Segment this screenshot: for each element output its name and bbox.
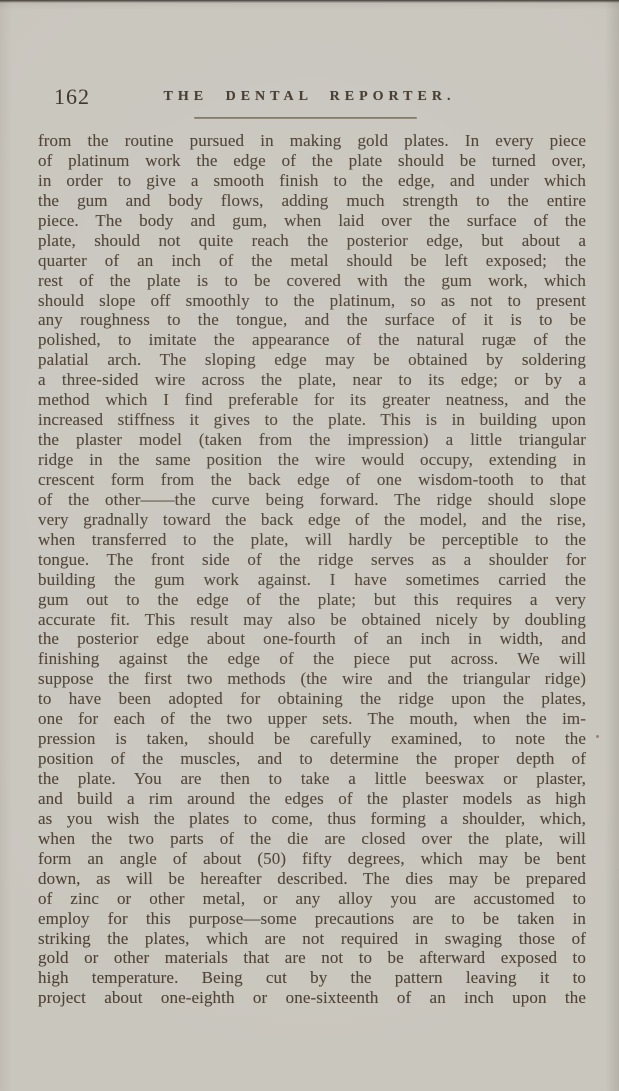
text-line: increased stiffness it gives to the plat… xyxy=(38,410,586,430)
text-line: suppose the first two methods (the wire … xyxy=(38,669,586,689)
text-line: gum out to the edge of the plate; but th… xyxy=(38,590,586,610)
text-line: and build a rim around the edges of the … xyxy=(38,789,586,809)
text-line: tongue. The front side of the ridge serv… xyxy=(38,550,586,570)
text-line: position of the muscles, and to determin… xyxy=(38,749,586,769)
text-line: one for each of the two upper sets. The … xyxy=(38,709,586,729)
text-line: form an angle of about (50) fifty degree… xyxy=(38,849,586,869)
text-line: rest of the plate is to be covered with … xyxy=(38,271,586,291)
text-line: building the gum work against. I have so… xyxy=(38,570,586,590)
text-line: of the other——the curve being forward. T… xyxy=(38,490,586,510)
text-line: to have been adopted for obtaining the r… xyxy=(38,689,586,709)
text-line: from the routine pursued in making gold … xyxy=(38,131,586,151)
text-line: should slope off smoothly to the platinu… xyxy=(38,291,586,311)
text-line: method which I find preferable for its g… xyxy=(38,390,586,410)
text-line: piece. The body and gum, when laid over … xyxy=(38,211,586,231)
text-line: very gradnally toward the back edge of t… xyxy=(38,510,586,530)
text-line: any roughness to the tongue, and the sur… xyxy=(38,310,586,330)
text-line: when the two parts of the die are closed… xyxy=(38,829,586,849)
text-line: accurate fit. This result may also be ob… xyxy=(38,610,586,630)
text-line: down, as will be hereafter described. Th… xyxy=(38,869,586,889)
text-line: of platinum work the edge of the plate s… xyxy=(38,151,586,171)
text-line: the gum and body flows, adding much stre… xyxy=(38,191,586,211)
text-line: a three-sided wire across the plate, nea… xyxy=(38,370,586,390)
text-line: striking the plates, which are not requi… xyxy=(38,929,586,949)
scanned-book-page: 162 THE DENTAL REPORTER. from the routin… xyxy=(0,0,619,1091)
text-line: project about one-eighth or one-sixteent… xyxy=(38,988,586,1008)
text-line: ridge in the same position the wire woul… xyxy=(38,450,586,470)
text-line: palatial arch. The sloping edge may be o… xyxy=(38,350,586,370)
journal-title: THE DENTAL REPORTER. xyxy=(0,89,619,105)
text-line: as you wish the plates to come, thus for… xyxy=(38,809,586,829)
text-line: the plaster model (taken from the impres… xyxy=(38,430,586,450)
text-line: in order to give a smooth finish to the … xyxy=(38,171,586,191)
text-line: gold or other materials that are not to … xyxy=(38,948,586,968)
text-line: quarter of an inch of the metal should b… xyxy=(38,251,586,271)
text-line: of zinc or other metal, or any alloy you… xyxy=(38,889,586,909)
body-text-block: from the routine pursued in making gold … xyxy=(38,131,586,1008)
page-header: 162 THE DENTAL REPORTER. xyxy=(0,84,619,112)
text-line: polished, to imitate the appearance of t… xyxy=(38,330,586,350)
header-rule xyxy=(194,117,417,119)
text-line: when transferred to the plate, will hard… xyxy=(38,530,586,550)
text-line: pression is taken, should be carefully e… xyxy=(38,729,586,749)
text-line: the plate. You are then to take a little… xyxy=(38,769,586,789)
text-line: finishing against the edge of the piece … xyxy=(38,649,586,669)
text-line: high temperature. Being cut by the patte… xyxy=(38,968,586,988)
text-line: plate, should not quite reach the poster… xyxy=(38,231,586,251)
scan-top-edge-shadow xyxy=(0,0,619,3)
text-line: the posterior edge about one-fourth of a… xyxy=(38,629,586,649)
scan-artifact-speck xyxy=(596,735,599,738)
text-line: crescent form from the back edge of one … xyxy=(38,470,586,490)
text-line: employ for this purpose—some precautions… xyxy=(38,909,586,929)
